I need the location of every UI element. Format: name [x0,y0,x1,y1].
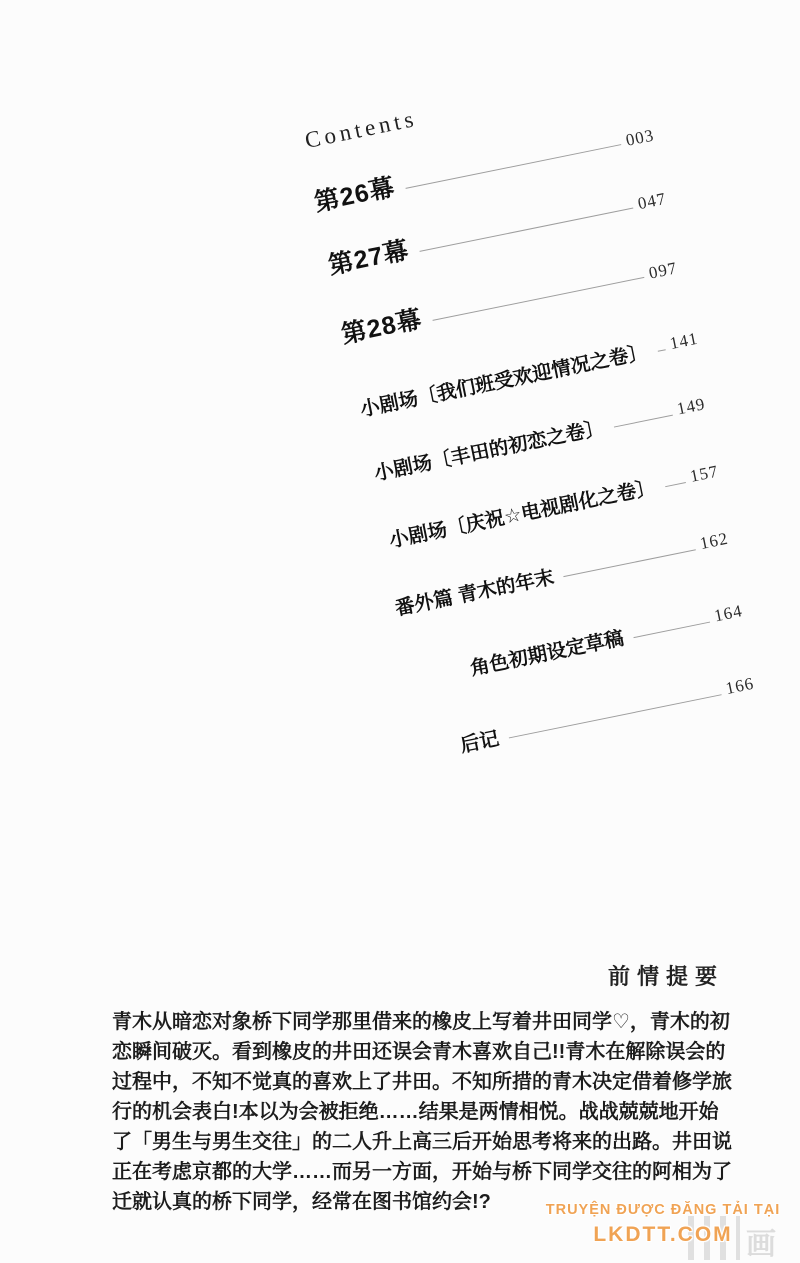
toc-entry-extra-yearend: 番外篇 青木的年末 162 [393,529,731,621]
toc-entry-title: 角色初期设定草稿 [468,626,626,681]
toc-leader-line [657,349,665,352]
synopsis-heading: 前情提要 [608,960,724,991]
watermark-text: TRUYỆN ĐƯỢC ĐĂNG TẢI TẠI [532,1202,794,1218]
toc-leader-line [419,208,633,252]
site-watermark: TRUYỆN ĐƯỢC ĐĂNG TẢI TẠI LKDTT.COM [532,1202,794,1247]
toc-leader-line [509,694,721,738]
toc-leader-line [633,622,709,638]
toc-leader-line [432,277,644,321]
toc-entry-title: 小剧场〔丰田的初恋之卷〕 [372,415,606,486]
toc-leader-line [405,144,620,189]
toc-entry-title: 第28幕 [339,304,425,351]
toc-entry-title: 小剧场〔庆祝☆电视剧化之卷〕 [387,475,657,553]
toc-entry-page: 162 [698,529,730,554]
toc-entry-page: 047 [636,189,668,214]
toc-entry-title: 后记 [458,726,501,758]
synopsis-line: 正在考虑京都的大学……而另一方面，开始与桥下同学交往的阿相为了 [112,1157,732,1187]
watermark-site-url: LKDTT.COM [532,1223,794,1247]
toc-entry-page: 141 [668,329,700,354]
toc-leader-line [564,549,696,577]
synopsis-line: 过程中，不知不觉真的喜欢上了井田。不知所措的青木决定借着修学旅 [112,1067,732,1097]
toc-entry-page: 097 [647,259,679,284]
synopsis-line: 了「男生与男生交往」的二人升上高三后开始思考将来的出路。井田说 [112,1127,732,1157]
toc-entry-title: 第26幕 [312,172,398,219]
page-title: Contents [303,106,420,154]
toc-entry-title: 小剧场〔我们班受欢迎情况之卷〕 [358,340,650,422]
toc-entry-page: 157 [688,462,720,487]
synopsis-line: 行的机会表白!本以为会被拒绝……结果是两情相悦。战战兢兢地开始 [112,1097,732,1127]
synopsis-paragraph: 青木从暗恋对象桥下同学那里借来的橡皮上写着井田同学♡，青木的初 恋瞬间破灭。看到… [112,1007,732,1217]
toc-leader-line [614,415,672,428]
toc-entry-character-drafts: 角色初期设定草稿 164 [468,601,745,681]
synopsis-line: 青木从暗恋对象桥下同学那里借来的橡皮上写着井田同学♡，青木的初 [112,1007,732,1037]
toc-entry-page: 166 [724,674,756,699]
toc-entry-title: 番外篇 青木的年末 [393,565,556,621]
synopsis-line: 恋瞬间破灭。看到橡皮的井田还误会青木喜欢自己!!青木在解除误会的 [112,1037,732,1067]
toc-page: Contents 第26幕 003 第27幕 047 第28幕 097 小剧场〔… [0,0,800,1263]
toc-entry-title: 第27幕 [326,235,412,282]
toc-entry-page: 164 [713,601,745,626]
toc-entry-page: 149 [675,394,707,419]
toc-entry-page: 003 [624,126,656,151]
toc-entry-afterword: 后记 166 [458,674,757,758]
toc-leader-line [665,482,685,487]
